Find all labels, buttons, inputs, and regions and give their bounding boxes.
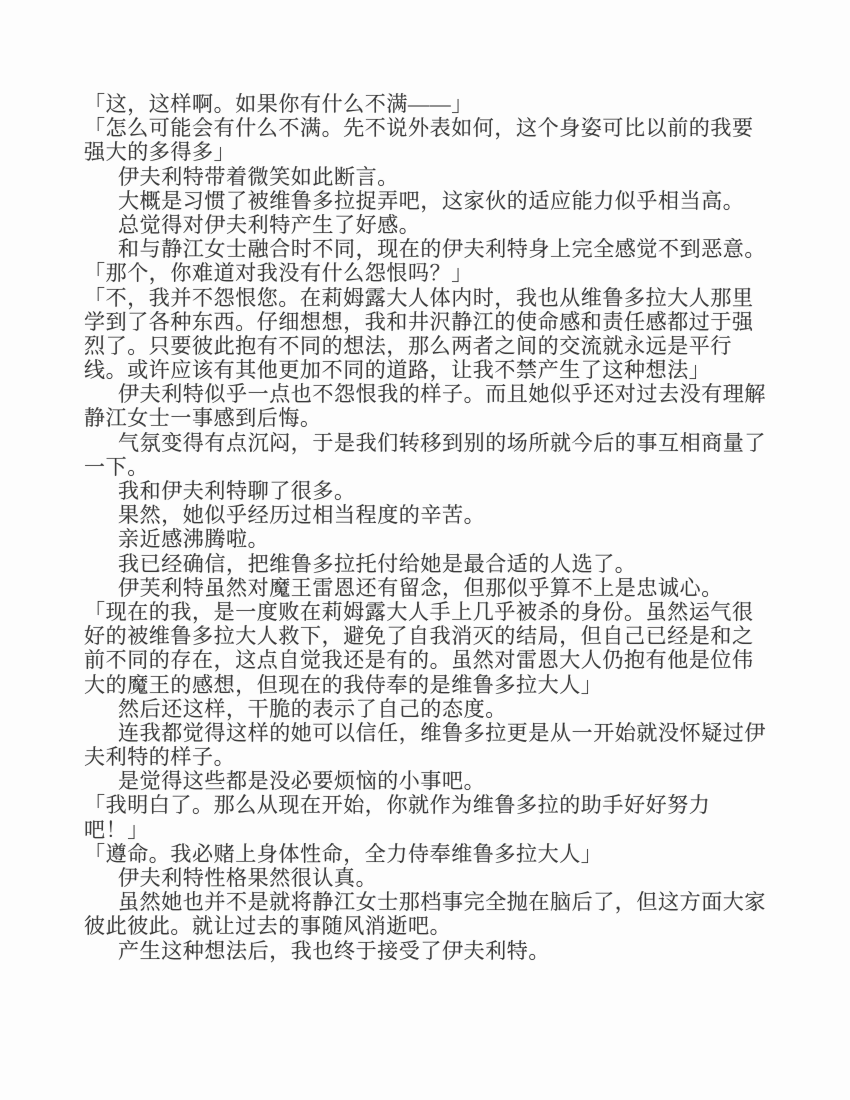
text-line: 我已经确信，把维鲁多拉托付给她是最合适的人选了。 — [84, 552, 784, 576]
text-line: 是觉得这些都是没必要烦恼的小事吧。 — [84, 769, 784, 793]
text-line: 「这，这样啊。如果你有什么不满——」 — [84, 92, 784, 116]
text-line: 强大的多得多」 — [84, 140, 784, 164]
text-line: 和与静江女士融合时不同，现在的伊夫利特身上完全感觉不到恶意。 — [84, 237, 784, 261]
text-line: 好的被维鲁多拉大人救下，避免了自我消灭的结局，但自己已经是和之 — [84, 624, 784, 648]
text-line: 虽然她也并不是就将静江女士那档事完全抛在脑后了，但这方面大家 — [84, 890, 784, 914]
text-line: 我和伊夫利特聊了很多。 — [84, 479, 784, 503]
text-line: 然后还这样，干脆的表示了自己的态度。 — [84, 697, 784, 721]
text-line: 「现在的我，是一度败在莉姆露大人手上几乎被杀的身份。虽然运气很 — [84, 600, 784, 624]
text-line: 吧！」 — [84, 818, 784, 842]
text-line: 伊芙利特虽然对魔王雷恩还有留念，但那似乎算不上是忠诚心。 — [84, 576, 784, 600]
text-line: 总觉得对伊夫利特产生了好感。 — [84, 213, 784, 237]
text-line: 「怎么可能会有什么不满。先不说外表如何，这个身姿可比以前的我要 — [84, 116, 784, 140]
text-line: 伊夫利特似乎一点也不怨恨我的样子。而且她似乎还对过去没有理解 — [84, 382, 784, 406]
text-line: 伊夫利特性格果然很认真。 — [84, 866, 784, 890]
text-line: 前不同的存在，这点自觉我还是有的。虽然对雷恩大人仍抱有他是位伟 — [84, 648, 784, 672]
text-line: 产生这种想法后，我也终于接受了伊夫利特。 — [84, 939, 784, 963]
text-line: 「遵命。我必赌上身体性命，全力侍奉维鲁多拉大人」 — [84, 842, 784, 866]
text-line: 静江女士一事感到后悔。 — [84, 406, 784, 430]
text-line: 学到了各种东西。仔细想想，我和井沢静江的使命感和责任感都过于强 — [84, 310, 784, 334]
text-line: 连我都觉得这样的她可以信任，维鲁多拉更是从一开始就没怀疑过伊 — [84, 721, 784, 745]
text-line: 一下。 — [84, 455, 784, 479]
text-line: 烈了。只要彼此抱有不同的想法，那么两者之间的交流就永远是平行 — [84, 334, 784, 358]
text-line: 「那个，你难道对我没有什么怨恨吗？」 — [84, 261, 784, 285]
novel-text-block: 「这，这样啊。如果你有什么不满——」「怎么可能会有什么不满。先不说外表如何，这个… — [84, 92, 784, 963]
novel-page: 「这，这样啊。如果你有什么不满——」「怎么可能会有什么不满。先不说外表如何，这个… — [0, 0, 850, 1100]
text-line: 「不，我并不怨恨您。在莉姆露大人体内时，我也从维鲁多拉大人那里 — [84, 286, 784, 310]
text-line: 「我明白了。那么从现在开始，你就作为维鲁多拉的助手好好努力 — [84, 793, 784, 817]
text-line: 大概是习惯了被维鲁多拉捉弄吧，这家伙的适应能力似乎相当高。 — [84, 189, 784, 213]
text-line: 夫利特的样子。 — [84, 745, 784, 769]
text-line: 气氛变得有点沉闷，于是我们转移到别的场所就今后的事互相商量了 — [84, 431, 784, 455]
text-line: 大的魔王的感想，但现在的我侍奉的是维鲁多拉大人」 — [84, 673, 784, 697]
text-line: 亲近感沸腾啦。 — [84, 527, 784, 551]
text-line: 果然，她似乎经历过相当程度的辛苦。 — [84, 503, 784, 527]
text-line: 彼此彼此。就让过去的事随风消逝吧。 — [84, 914, 784, 938]
text-line: 伊夫利特带着微笑如此断言。 — [84, 165, 784, 189]
text-line: 线。或许应该有其他更加不同的道路，让我不禁产生了这种想法」 — [84, 358, 784, 382]
